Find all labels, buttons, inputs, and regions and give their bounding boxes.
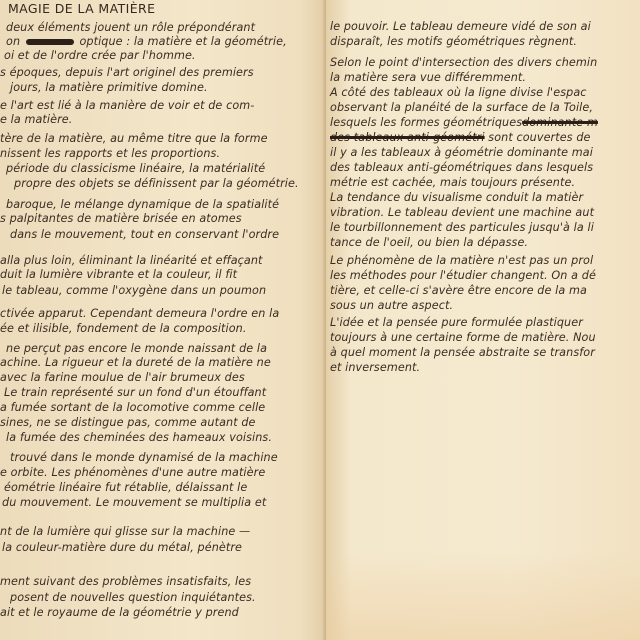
text-line: ée et ilisible, fondement de la composit… [0,322,247,335]
text-line: la couleur-matière dure du métal, pénètr… [2,541,242,554]
text-line: métrie est cachée, mais toujours présent… [330,176,575,189]
text-line: des tableaux anti-géométriques dans lesq… [330,161,593,174]
text-line: alla plus loin, éliminant la linéarité e… [0,254,263,267]
text-fragment: optique : la matière et la géométrie, [79,35,286,48]
text-line: sous un autre aspect. [330,299,453,312]
text-line: les méthodes pour l'étudier changent. On… [330,269,596,282]
text-line: e orbite. Les phénomènes d'une autre mat… [0,466,265,479]
text-line: la fumée des cheminées des hameaux voisi… [6,431,272,444]
text-line: e la matière. [0,113,72,126]
text-fragment: on [6,35,20,48]
text-line: ne perçut pas encore le monde naissant d… [6,342,267,355]
text-line: a fumée sortant de la locomotive comme c… [0,401,265,414]
text-line: trouvé dans le monde dynamisé de la mach… [10,451,278,464]
crossed-out-text: des tableaux anti-géométri [330,131,485,144]
text-line: le tourbillonnement des particules jusqu… [330,221,594,234]
text-fragment: sont couvertes de [488,131,590,144]
crossed-out-text: dominante m [522,116,598,129]
text-line: tière, et celle-ci s'avère être encore d… [330,284,587,297]
text-line: dans le mouvement, tout en conservant l'… [10,228,279,241]
text-line: posent de nouvelles question inquiétante… [10,591,256,604]
right-page: le pouvoir. Le tableau demeure vidé de s… [326,0,640,640]
text-line: tance de l'oeil, ou bien la dépasse. [330,236,528,249]
text-line: disparaît, les motifs géométriques règne… [330,35,577,48]
text-line: deux éléments jouent un rôle prépondéran… [6,21,255,34]
text-line-with-strike: lesquels les formes géométriquesdominant… [330,116,598,129]
text-line: nissent les rapports et les proportions. [0,147,220,160]
text-line: à quel moment la pensée abstraite se tra… [330,346,595,359]
text-line: la matière sera vue différemment. [330,71,526,84]
text-line: Le train représenté sur un fond d'un éto… [4,386,266,399]
text-line: duit la lumière vibrante et la couleur, … [0,268,237,281]
text-line: ment suivant des problèmes insatisfaits,… [0,575,251,588]
crossed-out-word [26,39,74,45]
text-line: nt de la lumière qui glisse sur la machi… [0,525,250,538]
text-line: tère de la matière, au même titre que la… [0,132,268,145]
text-line: toujours à une certaine forme de matière… [330,331,596,344]
text-line: observant la planéité de la surface de l… [330,101,593,114]
text-line: avec la farine moulue de l'air brumeux d… [0,371,245,384]
text-line: A côté des tableaux où la ligne divise l… [330,86,587,99]
text-line: Le phénomène de la matière n'est pas un … [330,254,593,267]
text-line: La tendance du visualisme conduit la mat… [330,191,583,204]
text-line: oi et de l'ordre crée par l'homme. [4,49,196,62]
manuscript-spread: MAGIE DE LA MATIÈRE deux éléments jouent… [0,0,640,640]
text-line: Selon le point d'intersection des divers… [330,56,597,69]
text-line: éométrie linéaire fut rétablie, délaissa… [4,481,247,494]
text-line: L'idée et la pensée pure formulée plasti… [330,316,583,329]
text-line: s palpitantes de matière brisée en atome… [0,212,242,225]
text-line: le tableau, comme l'oxygène dans un poum… [2,284,266,297]
text-line: jours, la matière primitive domine. [10,81,208,94]
text-fragment: lesquels les formes géométriques [330,116,522,129]
document-title: MAGIE DE LA MATIÈRE [8,2,155,15]
text-line: le pouvoir. Le tableau demeure vidé de s… [330,20,591,33]
text-line: il y a les tableaux à géométrie dominant… [330,146,593,159]
text-line: e l'art est lié à la manière de voir et … [0,99,254,112]
text-line: ctivée apparut. Cependant demeura l'ordr… [0,307,279,320]
text-line: achine. La rigueur et la dureté de la ma… [0,356,271,369]
text-line: ait et le royaume de la géométrie y pren… [0,606,239,619]
text-line-with-strike: des tableaux anti-géométri sont couverte… [330,131,591,144]
text-line: période du classicisme linéaire, la maté… [6,162,265,175]
text-line: s époques, depuis l'art originel des pre… [0,66,254,79]
text-line: sines, ne se distingue pas, comme autant… [0,416,256,429]
text-line: baroque, le mélange dynamique de la spat… [6,198,279,211]
text-line: vibration. Le tableau devient une machin… [330,206,594,219]
left-page: MAGIE DE LA MATIÈRE deux éléments jouent… [0,0,326,640]
text-line: et inversement. [330,361,420,374]
text-line-with-strike: on optique : la matière et la géométrie, [6,35,287,48]
text-line: propre des objets se définissent par la … [14,177,299,190]
text-line: du mouvement. Le mouvement se multiplia … [2,496,266,509]
